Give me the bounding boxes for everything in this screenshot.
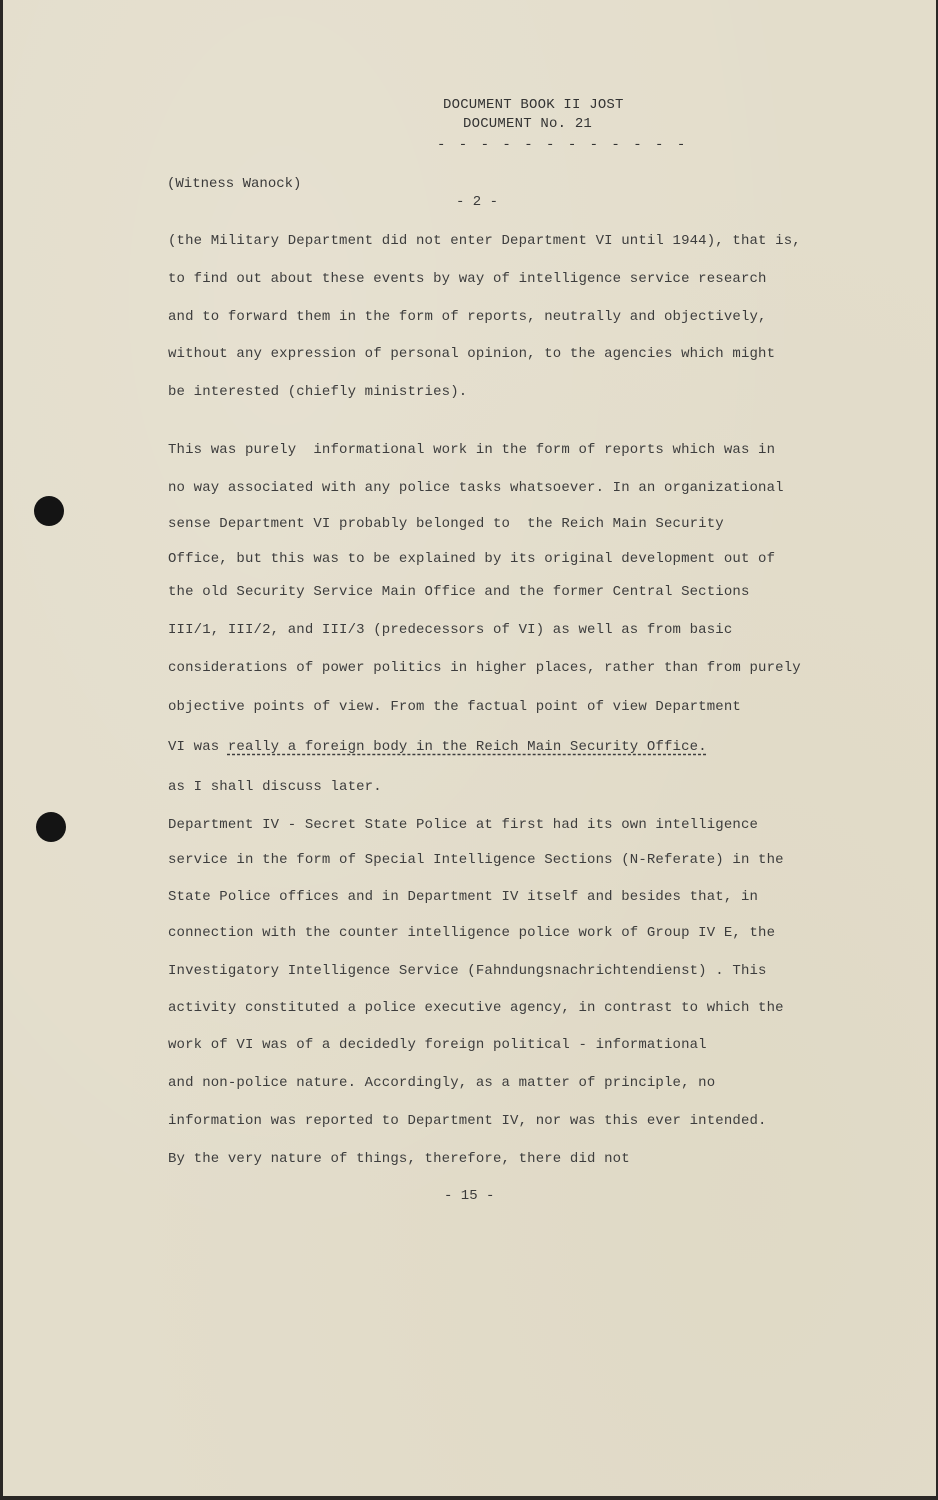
- inner-page-number: - 2 -: [456, 194, 498, 210]
- text-line: and non-police nature. Accordingly, as a…: [168, 1075, 715, 1091]
- text-line: Department IV - Secret State Police at f…: [168, 817, 758, 833]
- text-line: connection with the counter intelligence…: [168, 925, 775, 941]
- text-line: Investigatory Intelligence Service (Fahn…: [168, 963, 767, 979]
- header-separator: - - - - - - - - - - - -: [437, 136, 688, 155]
- text-line: This was purely informational work in th…: [168, 442, 775, 458]
- text-line: to find out about these events by way of…: [168, 271, 767, 287]
- document-book-title: DOCUMENT BOOK II JOST: [443, 96, 688, 115]
- text-line: be interested (chiefly ministries).: [168, 384, 467, 400]
- text-line: By the very nature of things, therefore,…: [168, 1151, 630, 1167]
- text-line: as I shall discuss later.: [168, 779, 382, 795]
- text-line: State Police offices and in Department I…: [168, 889, 758, 905]
- underlined-text-line: VI was really a foreign body in the Reic…: [168, 739, 707, 755]
- document-header: DOCUMENT BOOK II JOST DOCUMENT No. 21 - …: [443, 96, 688, 155]
- text-line: and to forward them in the form of repor…: [168, 309, 767, 325]
- underlined-phrase: really a foreign body in the Reich Main …: [228, 739, 707, 755]
- punch-hole: [36, 812, 66, 842]
- text-line: considerations of power politics in high…: [168, 660, 801, 676]
- text-line: the old Security Service Main Office and…: [168, 584, 750, 600]
- document-page: DOCUMENT BOOK II JOST DOCUMENT No. 21 - …: [3, 0, 936, 1496]
- text-line: objective points of view. From the factu…: [168, 699, 741, 715]
- text-line: information was reported to Department I…: [168, 1113, 767, 1129]
- witness-label: (Witness Wanock): [167, 176, 301, 192]
- footer-page-number: - 15 -: [444, 1188, 494, 1204]
- text-line: activity constituted a police executive …: [168, 1000, 784, 1016]
- text-line: work of VI was of a decidedly foreign po…: [168, 1037, 707, 1053]
- text-line: no way associated with any police tasks …: [168, 480, 784, 496]
- text-line: sense Department VI probably belonged to…: [168, 516, 724, 532]
- text-line: Office, but this was to be explained by …: [168, 551, 775, 567]
- document-number: DOCUMENT No. 21: [443, 115, 688, 134]
- text-line: without any expression of personal opini…: [168, 346, 775, 362]
- text-line: III/1, III/2, and III/3 (predecessors of…: [168, 622, 732, 638]
- text-line: service in the form of Special Intellige…: [168, 852, 784, 868]
- punch-hole: [34, 496, 64, 526]
- line-prefix: VI was: [168, 739, 228, 755]
- text-line: (the Military Department did not enter D…: [168, 233, 801, 249]
